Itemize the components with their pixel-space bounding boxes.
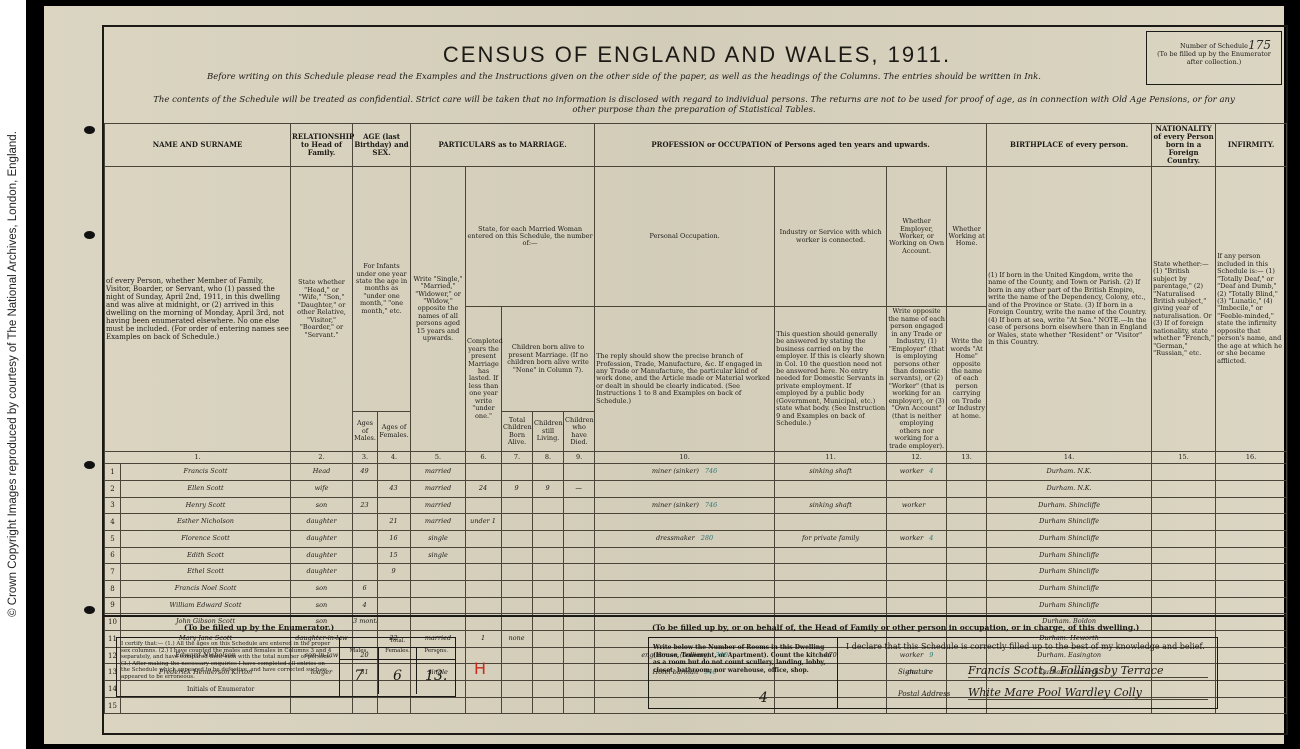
marital-status: married [411,480,466,497]
employment-status [887,580,947,597]
person-name: Esther Nicholson [121,514,291,531]
occupation-text: miner (sinker) [652,467,699,475]
occupation-code: 746 [705,467,717,475]
years-married [466,597,502,614]
children-died [564,530,595,547]
footer-section: (To be filled up by the Enumerator.) I c… [104,615,1286,735]
years-married [466,497,502,514]
age-male [353,480,378,497]
at-home [947,597,987,614]
birthplace: Durham Shincliffe [987,564,1152,581]
total-label: Total. [340,638,455,648]
birthplace-help: (1) If born in the United Kingdom, write… [987,167,1152,452]
children-living [533,597,564,614]
person-name: Ethel Scott [121,564,291,581]
occupation: miner (sinker)746 [595,464,775,481]
years-married [466,580,502,597]
years-married [466,547,502,564]
infirmity [1216,564,1287,581]
children-living [533,547,564,564]
declaration-box: I declare that this Schedule is correctl… [838,637,1218,709]
employment-status [887,564,947,581]
col-num: 6. [466,452,502,464]
age-male: 4 [353,597,378,614]
head-section-title: (To be filled up by, or on behalf of, th… [652,623,1139,632]
marital-status [411,597,466,614]
children-total [502,564,533,581]
years-married [466,530,502,547]
age-females-header: Ages of Females. [378,412,411,452]
employment-status [887,597,947,614]
at-home [947,564,987,581]
col-header-infirmity: INFIRMITY. [1216,124,1287,167]
person-name: William Edward Scott [121,597,291,614]
table-row: 1Francis ScottHead49marriedminer (sinker… [105,464,1287,481]
at-home [947,580,987,597]
nationality [1152,564,1216,581]
marital-status: married [411,514,466,531]
credit-text: © Crown Copyright Images reproduced by c… [7,131,19,617]
relationship: daughter [291,564,353,581]
age-male [353,547,378,564]
at-home [947,480,987,497]
at-home [947,530,987,547]
married-woman-help: State, for each Married Woman entered on… [466,167,595,307]
birthplace: Durham. N.K. [987,464,1152,481]
children-died [564,497,595,514]
col-header-profession: PROFESSION or OCCUPATION of Persons aged… [595,124,987,167]
infirmity [1216,514,1287,531]
age-male [353,564,378,581]
employment-status: worker4 [887,530,947,547]
children-died-header: Children who have Died. [564,412,595,452]
birthplace: Durham Shincliffe [987,547,1152,564]
relationship: daughter [291,530,353,547]
employment-status-text: worker [902,501,925,509]
column-numbers-row: 1. 2. 3. 4. 5. 6. 7. 8. 9. 10. 11. 12. 1… [105,452,1287,464]
employment-status [887,514,947,531]
age-female: 43 [378,480,411,497]
employer-help: Write opposite the name of each person e… [887,307,947,452]
row-number: 6 [105,547,121,564]
children-died: — [564,480,595,497]
enumerator-section-title: (To be filled up by the Enumerator.) [184,623,334,632]
table-row: 8Francis Noel Scottson6Durham Shincliffe [105,580,1287,597]
copyright-credit: © Crown Copyright Images reproduced by c… [0,0,26,749]
col-header-nationality: NATIONALITY of every Person born in a Fo… [1152,124,1216,167]
marital-status: married [411,464,466,481]
col-header-marriage: PARTICULARS as to MARRIAGE. [411,124,595,167]
age-female [378,497,411,514]
relationship: son [291,580,353,597]
relationship: Head [291,464,353,481]
industry [775,514,887,531]
occupation [595,547,775,564]
occupation [595,480,775,497]
occupation-text: dressmaker [656,534,695,542]
row-number: 4 [105,514,121,531]
schedule-number: 175 [1248,38,1271,52]
table-row: 4Esther Nicholsondaughter21marriedunder … [105,514,1287,531]
nationality [1152,597,1216,614]
employment-status: worker4 [887,464,947,481]
occupation-code: 746 [705,501,717,509]
age-female: 15 [378,547,411,564]
postal-address-value: White Mare Pool Wardley Colly [968,686,1208,700]
children-living [533,580,564,597]
industry-header: Industry or Service with which worker is… [775,167,887,307]
table-row: 7Ethel Scottdaughter9Durham Shincliffe [105,564,1287,581]
col-num: 14. [987,452,1152,464]
total-males: 7 [340,660,379,694]
industry [775,480,887,497]
person-name: Florence Scott [121,530,291,547]
children-living [533,564,564,581]
years-married [466,464,502,481]
col-num: 12. [887,452,947,464]
col-num: 10. [595,452,775,464]
total-females: 6 [379,660,418,694]
col-num: 5. [411,452,466,464]
nationality [1152,580,1216,597]
infirmity [1216,580,1287,597]
children-died [564,597,595,614]
age-male [353,530,378,547]
row-number: 5 [105,530,121,547]
punch-hole [84,606,95,614]
col-num: 2. [291,452,353,464]
years-married: under 1 [466,514,502,531]
infirmity-help: If any person included in this Schedule … [1216,167,1287,452]
col-num: 13. [947,452,987,464]
col-header-birthplace: BIRTHPLACE of every person. [987,124,1152,167]
person-name: Ellen Scott [121,480,291,497]
relationship: son [291,497,353,514]
row-number: 7 [105,564,121,581]
occupation-text: miner (sinker) [652,501,699,509]
total-persons: 13. [417,660,455,694]
marital-status [411,564,466,581]
infirmity [1216,597,1287,614]
birthplace: Durham Shincliffe [987,530,1152,547]
employment-status-code: 4 [929,467,933,475]
row-number: 2 [105,480,121,497]
industry-help: This question should generally be answer… [775,307,887,452]
children-total [502,530,533,547]
infirmity [1216,530,1287,547]
relationship: son [291,597,353,614]
instruction-line-1: Before writing on this Schedule please r… [104,72,1144,82]
occupation: miner (sinker)746 [595,497,775,514]
birthplace: Durham. N.K. [987,480,1152,497]
totals-box: Total. Males. Females. Persons. 7 6 13. [339,638,455,696]
col-num: 7. [502,452,533,464]
children-total [502,464,533,481]
punch-hole [84,461,95,469]
children-total: 9 [502,480,533,497]
col-num: 3. [353,452,378,464]
row-number: 3 [105,497,121,514]
col-num: 1. [105,452,291,464]
employment-status-text: worker [900,534,923,542]
occupation-code: 280 [701,534,713,542]
age-male: 49 [353,464,378,481]
relationship-help: State whether "Head," or "Wife," "Son," … [291,167,353,452]
children-living: 9 [533,480,564,497]
birthplace: Durham Shincliffe [987,597,1152,614]
age-male: 6 [353,580,378,597]
row-number: 1 [105,464,121,481]
census-schedule-form: CENSUS OF ENGLAND AND WALES, 1911. Befor… [102,25,1288,735]
nationality-help: State whether:— (1) "British subject by … [1152,167,1216,452]
children-total [502,547,533,564]
row-number: 9 [105,597,121,614]
industry: for private family [775,530,887,547]
industry [775,597,887,614]
at-home [947,464,987,481]
signature-label: Signature [898,668,933,676]
table-row: 6Edith Scottdaughter15singleDurham Shinc… [105,547,1287,564]
col-num: 9. [564,452,595,464]
table-row: 2Ellen Scottwife43married2499—Durham. N.… [105,480,1287,497]
children-total [502,597,533,614]
children-help: Children born alive to present Marriage.… [502,307,595,412]
table-row: 5Florence Scottdaughter16singledressmake… [105,530,1287,547]
children-total [502,514,533,531]
personal-occupation-header: Personal Occupation. [595,167,775,307]
employer-header: Whether Employer, Worker, or Working on … [887,167,947,307]
employment-status: worker [887,497,947,514]
punch-hole [84,126,95,134]
nationality [1152,514,1216,531]
employment-status [887,480,947,497]
enumerator-check-mark: H [474,659,486,678]
infirmity [1216,480,1287,497]
age-male [353,514,378,531]
children-living [533,497,564,514]
nationality [1152,464,1216,481]
children-died [564,514,595,531]
children-died [564,464,595,481]
marital-status [411,580,466,597]
years-married: 24 [466,480,502,497]
industry [775,547,887,564]
at-home-header: Whether Working at Home. [947,167,987,307]
females-label: Females. [379,648,418,659]
rooms-instructions: Write below the Number of Rooms in this … [653,644,833,674]
relationship: wife [291,480,353,497]
col-num: 15. [1152,452,1216,464]
relationship: daughter [291,514,353,531]
nationality [1152,547,1216,564]
children-living [533,530,564,547]
industry [775,580,887,597]
schedule-note: (To be filled up by the Enumerator after… [1151,50,1277,66]
children-living [533,514,564,531]
at-home [947,497,987,514]
name-help: of every Person, whether Member of Famil… [105,167,291,452]
age-males-header: Ages of Males. [353,412,378,452]
infirmity [1216,547,1287,564]
employment-status [887,547,947,564]
occupation [595,564,775,581]
birthplace: Durham. Shincliffe [987,497,1152,514]
children-total-header: Total Children Born Alive. [502,412,533,452]
age-female [378,597,411,614]
industry: sinking shaft [775,464,887,481]
employment-status-code: 4 [929,534,933,542]
age-help: For Infants under one year state the age… [353,167,411,412]
personal-occupation-help: The reply should show the precise branch… [595,307,775,452]
marital-status: married [411,497,466,514]
occupation [595,597,775,614]
col-header-relationship: RELATIONSHIP to Head of Family. [291,124,353,167]
col-num: 16. [1216,452,1287,464]
nationality [1152,530,1216,547]
col-header-name: NAME AND SURNAME [105,124,291,167]
person-name: Edith Scott [121,547,291,564]
enumerator-box: I certify that:— (1.) All the ages on th… [116,637,456,697]
industry [775,564,887,581]
declaration-text: I declare that this Schedule is correctl… [846,642,1209,651]
infirmity [1216,464,1287,481]
children-living [533,464,564,481]
postal-address-label: Postal Address [898,690,950,698]
children-total [502,580,533,597]
marriage-help: Write "Single," "Married," "Widower," or… [411,167,466,452]
age-female [378,464,411,481]
occupation [595,580,775,597]
table-row: 9William Edward Scottson4Durham Shinclif… [105,597,1287,614]
initials-label: Initials of Enumerator [187,686,254,693]
col-num: 4. [378,452,411,464]
occupation [595,514,775,531]
years-married [466,564,502,581]
nationality [1152,497,1216,514]
at-home [947,547,987,564]
years-married-help: Completed years the present Marriage has… [466,307,502,452]
age-female: 21 [378,514,411,531]
children-died [564,564,595,581]
at-home [947,514,987,531]
industry: sinking shaft [775,497,887,514]
person-name: Francis Noel Scott [121,580,291,597]
age-female: 9 [378,564,411,581]
infirmity [1216,497,1287,514]
enumerator-certification: I certify that:— (1.) All the ages on th… [121,641,335,681]
rooms-box: Write below the Number of Rooms in this … [648,637,838,709]
col-num: 11. [775,452,887,464]
rooms-count: 4 [759,690,768,708]
males-label: Males. [340,648,379,659]
children-died [564,547,595,564]
schedule-number-box: Number of Schedule (To be filled up by t… [1146,31,1282,85]
person-name: Francis Scott [121,464,291,481]
age-female: 16 [378,530,411,547]
person-name: Henry Scott [121,497,291,514]
page-title: CENSUS OF ENGLAND AND WALES, 1911. [104,42,1290,68]
col-header-age: AGE (last Birthday) and SEX. [353,124,411,167]
children-total [502,497,533,514]
at-home-help: Write the words "At Home" opposite the n… [947,307,987,452]
birthplace: Durham Shincliffe [987,580,1152,597]
row-number: 8 [105,580,121,597]
punch-hole [84,231,95,239]
age-female [378,580,411,597]
instruction-line-2: The contents of the Schedule will be tre… [144,95,1244,115]
employment-status-text: worker [900,467,923,475]
age-male: 23 [353,497,378,514]
occupation: dressmaker280 [595,530,775,547]
col-num: 8. [533,452,564,464]
children-living-header: Children still Living. [533,412,564,452]
persons-label: Persons. [417,648,455,659]
table-row: 3Henry Scottson23marriedminer (sinker)74… [105,497,1287,514]
signature-value: Francis Scott, 9 Follingsby Terrace [968,664,1208,678]
marital-status: single [411,530,466,547]
birthplace: Durham Shincliffe [987,514,1152,531]
relationship: daughter [291,547,353,564]
nationality [1152,480,1216,497]
marital-status: single [411,547,466,564]
children-died [564,580,595,597]
